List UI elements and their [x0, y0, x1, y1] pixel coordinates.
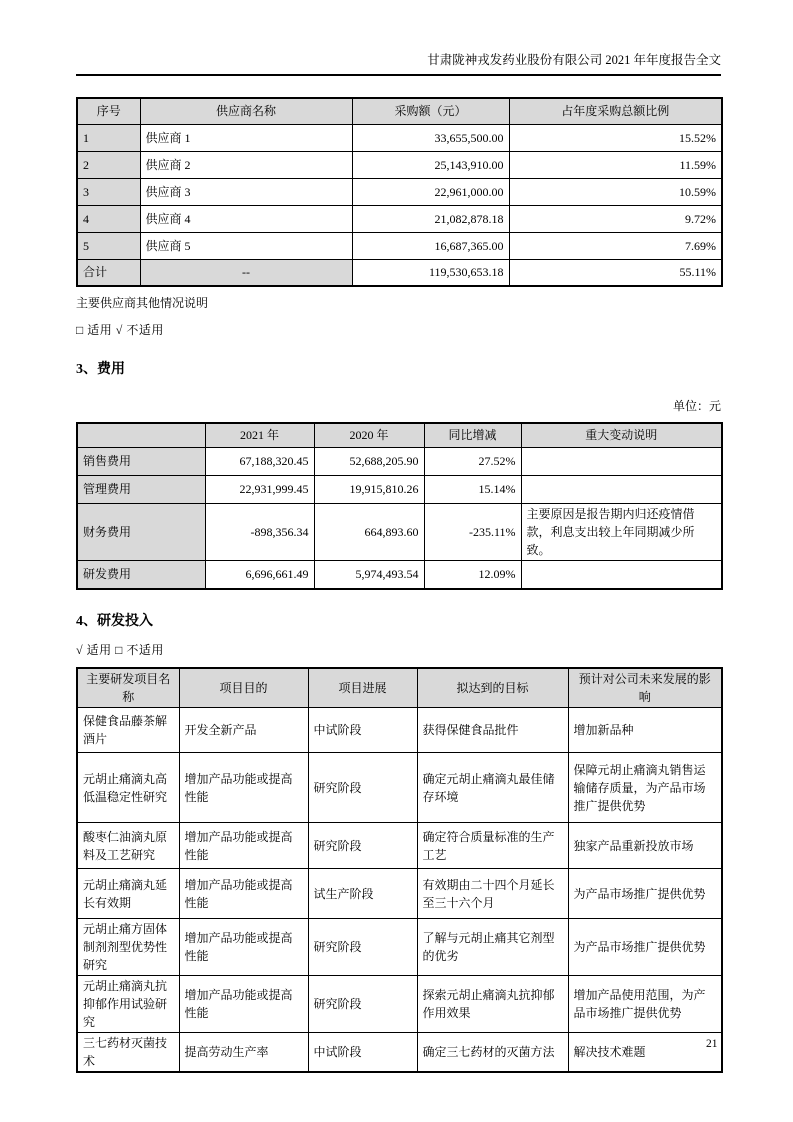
- supplier-pct-cell: 15.52%: [509, 124, 722, 151]
- rd-progress-cell: 研究阶段: [308, 919, 417, 976]
- expense-note-cell: [521, 447, 722, 475]
- supplier-no-cell: 5: [77, 232, 140, 259]
- expense-change-cell: 27.52%: [424, 447, 521, 475]
- rd-header-impact: 预计对公司未来发展的影响: [568, 668, 722, 708]
- expense-change-cell: 15.14%: [424, 475, 521, 503]
- rd-goal-cell: 获得保健食品批件: [417, 708, 568, 753]
- rd-header-row: 主要研发项目名称 项目目的 项目进展 拟达到的目标 预计对公司未来发展的影响: [77, 668, 722, 708]
- rd-purpose-cell: 增加产品功能或提高性能: [179, 919, 308, 976]
- supplier-name-cell: 供应商 5: [140, 232, 352, 259]
- rd-purpose-cell: 增加产品功能或提高性能: [179, 869, 308, 919]
- expense-header-2020: 2020 年: [314, 423, 424, 447]
- rd-progress-cell: 中试阶段: [308, 708, 417, 753]
- table-row: 1 供应商 1 33,655,500.00 15.52%: [77, 124, 722, 151]
- table-row: 元胡止痛滴丸延长有效期 增加产品功能或提高性能 试生产阶段 有效期由二十四个月延…: [77, 869, 722, 919]
- supplier-amount-cell: 21,082,878.18: [352, 205, 509, 232]
- table-row: 元胡止痛方固体制剂剂型优势性研究 增加产品功能或提高性能 研究阶段 了解与元胡止…: [77, 919, 722, 976]
- expense-header-row: 2021 年 2020 年 同比增减 重大变动说明: [77, 423, 722, 447]
- supplier-header-row: 序号 供应商名称 采购额（元） 占年度采购总额比例: [77, 98, 722, 124]
- expense-change-cell: 12.09%: [424, 560, 521, 589]
- supplier-no-cell: 2: [77, 151, 140, 178]
- table-row: 元胡止痛滴丸抗抑郁作用试验研究 增加产品功能或提高性能 研究阶段 探索元胡止痛滴…: [77, 976, 722, 1033]
- expense-2021-cell: -898,356.34: [205, 503, 314, 560]
- rd-progress-cell: 研究阶段: [308, 976, 417, 1033]
- table-row: 4 供应商 4 21,082,878.18 9.72%: [77, 205, 722, 232]
- rd-name-cell: 三七药材灭菌技术: [77, 1033, 179, 1073]
- expense-note-cell: [521, 560, 722, 589]
- supplier-name-cell: 供应商 2: [140, 151, 352, 178]
- supplier-name-cell: 供应商 1: [140, 124, 352, 151]
- rd-name-cell: 元胡止痛滴丸延长有效期: [77, 869, 179, 919]
- supplier-header-pct: 占年度采购总额比例: [509, 98, 722, 124]
- supplier-no-cell: 3: [77, 178, 140, 205]
- table-row: 三七药材灭菌技术 提高劳动生产率 中试阶段 确定三七药材的灭菌方法 解决技术难题: [77, 1033, 722, 1073]
- supplier-pct-cell: 11.59%: [509, 151, 722, 178]
- rd-progress-cell: 试生产阶段: [308, 869, 417, 919]
- rd-progress-cell: 中试阶段: [308, 1033, 417, 1073]
- supplier-amount-cell: 25,143,910.00: [352, 151, 509, 178]
- rd-purpose-cell: 提高劳动生产率: [179, 1033, 308, 1073]
- supplier-no-cell: 1: [77, 124, 140, 151]
- rd-goal-cell: 确定三七药材的灭菌方法: [417, 1033, 568, 1073]
- supplier-header-amount: 采购额（元）: [352, 98, 509, 124]
- rd-name-cell: 元胡止痛滴丸抗抑郁作用试验研究: [77, 976, 179, 1033]
- expense-note-cell: 主要原因是报告期内归还疫情借款，利息支出较上年同期减少所致。: [521, 503, 722, 560]
- expense-2020-cell: 52,688,205.90: [314, 447, 424, 475]
- rd-impact-cell: 保障元胡止痛滴丸销售运输储存质量，为产品市场推广提供优势: [568, 753, 722, 823]
- rd-header-purpose: 项目目的: [179, 668, 308, 708]
- rd-goal-cell: 确定符合质量标准的生产工艺: [417, 823, 568, 869]
- rd-name-cell: 酸枣仁油滴丸原料及工艺研究: [77, 823, 179, 869]
- table-row: 保健食品藤茶解酒片 开发全新产品 中试阶段 获得保健食品批件 增加新品种: [77, 708, 722, 753]
- unit-label: 单位：元: [76, 399, 721, 414]
- expense-2020-cell: 5,974,493.54: [314, 560, 424, 589]
- rd-header-progress: 项目进展: [308, 668, 417, 708]
- supplier-table: 序号 供应商名称 采购额（元） 占年度采购总额比例 1 供应商 1 33,655…: [76, 97, 723, 287]
- rd-name-cell: 保健食品藤茶解酒片: [77, 708, 179, 753]
- rd-impact-cell: 增加产品使用范围，为产品市场推广提供优势: [568, 976, 722, 1033]
- rd-header-name: 主要研发项目名称: [77, 668, 179, 708]
- rd-goal-cell: 了解与元胡止痛其它剂型的优劣: [417, 919, 568, 976]
- rd-applicability-statement: √ 适用 □ 不适用: [76, 642, 721, 658]
- expense-label-cell: 研发费用: [77, 560, 205, 589]
- expense-label-cell: 管理费用: [77, 475, 205, 503]
- table-row: 研发费用 6,696,661.49 5,974,493.54 12.09%: [77, 560, 722, 589]
- expense-2021-cell: 22,931,999.45: [205, 475, 314, 503]
- expense-header-change: 同比增减: [424, 423, 521, 447]
- supplier-header-name: 供应商名称: [140, 98, 352, 124]
- supplier-amount-cell: 16,687,365.00: [352, 232, 509, 259]
- section-heading-expenses: 3、费用: [76, 361, 721, 379]
- rd-purpose-cell: 增加产品功能或提高性能: [179, 976, 308, 1033]
- expense-header-2021: 2021 年: [205, 423, 314, 447]
- supplier-total-label: 合计: [77, 259, 140, 286]
- expense-label-cell: 销售费用: [77, 447, 205, 475]
- section-heading-rd: 4、研发投入: [76, 613, 721, 631]
- rd-purpose-cell: 增加产品功能或提高性能: [179, 823, 308, 869]
- supplier-pct-cell: 7.69%: [509, 232, 722, 259]
- rd-impact-cell: 增加新品种: [568, 708, 722, 753]
- rd-impact-cell: 独家产品重新投放市场: [568, 823, 722, 869]
- rd-purpose-cell: 开发全新产品: [179, 708, 308, 753]
- expense-label-cell: 财务费用: [77, 503, 205, 560]
- rd-impact-cell: 为产品市场推广提供优势: [568, 919, 722, 976]
- supplier-name-cell: 供应商 4: [140, 205, 352, 232]
- expense-2020-cell: 664,893.60: [314, 503, 424, 560]
- table-row: 2 供应商 2 25,143,910.00 11.59%: [77, 151, 722, 178]
- expense-change-cell: -235.11%: [424, 503, 521, 560]
- supplier-total-name: --: [140, 259, 352, 286]
- supplier-no-cell: 4: [77, 205, 140, 232]
- table-row: 财务费用 -898,356.34 664,893.60 -235.11% 主要原…: [77, 503, 722, 560]
- document-header: 甘肃陇神戎发药业股份有限公司 2021 年年度报告全文: [76, 52, 721, 68]
- supplier-header-no: 序号: [77, 98, 140, 124]
- table-row: 3 供应商 3 22,961,000.00 10.59%: [77, 178, 722, 205]
- rd-goal-cell: 确定元胡止痛滴丸最佳储存环境: [417, 753, 568, 823]
- expense-note-cell: [521, 475, 722, 503]
- report-page: 甘肃陇神戎发药业股份有限公司 2021 年年度报告全文 序号 供应商名称 采购额…: [0, 0, 793, 1122]
- supplier-amount-cell: 33,655,500.00: [352, 124, 509, 151]
- supplier-total-amount: 119,530,653.18: [352, 259, 509, 286]
- expense-2021-cell: 67,188,320.45: [205, 447, 314, 475]
- table-row: 元胡止痛滴丸高低温稳定性研究 增加产品功能或提高性能 研究阶段 确定元胡止痛滴丸…: [77, 753, 722, 823]
- table-row: 管理费用 22,931,999.45 19,915,810.26 15.14%: [77, 475, 722, 503]
- rd-purpose-cell: 增加产品功能或提高性能: [179, 753, 308, 823]
- rd-goal-cell: 有效期由二十四个月延长至三十六个月: [417, 869, 568, 919]
- rd-progress-cell: 研究阶段: [308, 753, 417, 823]
- header-divider: [76, 74, 721, 76]
- rd-impact-cell: 为产品市场推广提供优势: [568, 869, 722, 919]
- supplier-pct-cell: 9.72%: [509, 205, 722, 232]
- supplier-note: 主要供应商其他情况说明: [76, 295, 721, 311]
- rd-header-goal: 拟达到的目标: [417, 668, 568, 708]
- expense-header-blank: [77, 423, 205, 447]
- rd-impact-cell: 解决技术难题: [568, 1033, 722, 1073]
- table-row: 酸枣仁油滴丸原料及工艺研究 增加产品功能或提高性能 研究阶段 确定符合质量标准的…: [77, 823, 722, 869]
- rd-goal-cell: 探索元胡止痛滴丸抗抑郁作用效果: [417, 976, 568, 1033]
- rd-progress-cell: 研究阶段: [308, 823, 417, 869]
- rd-table: 主要研发项目名称 项目目的 项目进展 拟达到的目标 预计对公司未来发展的影响 保…: [76, 667, 723, 1073]
- table-row: 销售费用 67,188,320.45 52,688,205.90 27.52%: [77, 447, 722, 475]
- supplier-total-pct: 55.11%: [509, 259, 722, 286]
- page-number: 21: [706, 1038, 718, 1050]
- expense-2021-cell: 6,696,661.49: [205, 560, 314, 589]
- expense-header-note: 重大变动说明: [521, 423, 722, 447]
- supplier-total-row: 合计 -- 119,530,653.18 55.11%: [77, 259, 722, 286]
- supplier-name-cell: 供应商 3: [140, 178, 352, 205]
- table-row: 5 供应商 5 16,687,365.00 7.69%: [77, 232, 722, 259]
- document-title: 甘肃陇神戎发药业股份有限公司 2021 年年度报告全文: [427, 53, 721, 67]
- supplier-pct-cell: 10.59%: [509, 178, 722, 205]
- rd-name-cell: 元胡止痛滴丸高低温稳定性研究: [77, 753, 179, 823]
- expense-2020-cell: 19,915,810.26: [314, 475, 424, 503]
- supplier-amount-cell: 22,961,000.00: [352, 178, 509, 205]
- rd-name-cell: 元胡止痛方固体制剂剂型优势性研究: [77, 919, 179, 976]
- expense-table: 2021 年 2020 年 同比增减 重大变动说明 销售费用 67,188,32…: [76, 422, 723, 590]
- supplier-applicability-statement: □ 适用 √ 不适用: [76, 322, 721, 338]
